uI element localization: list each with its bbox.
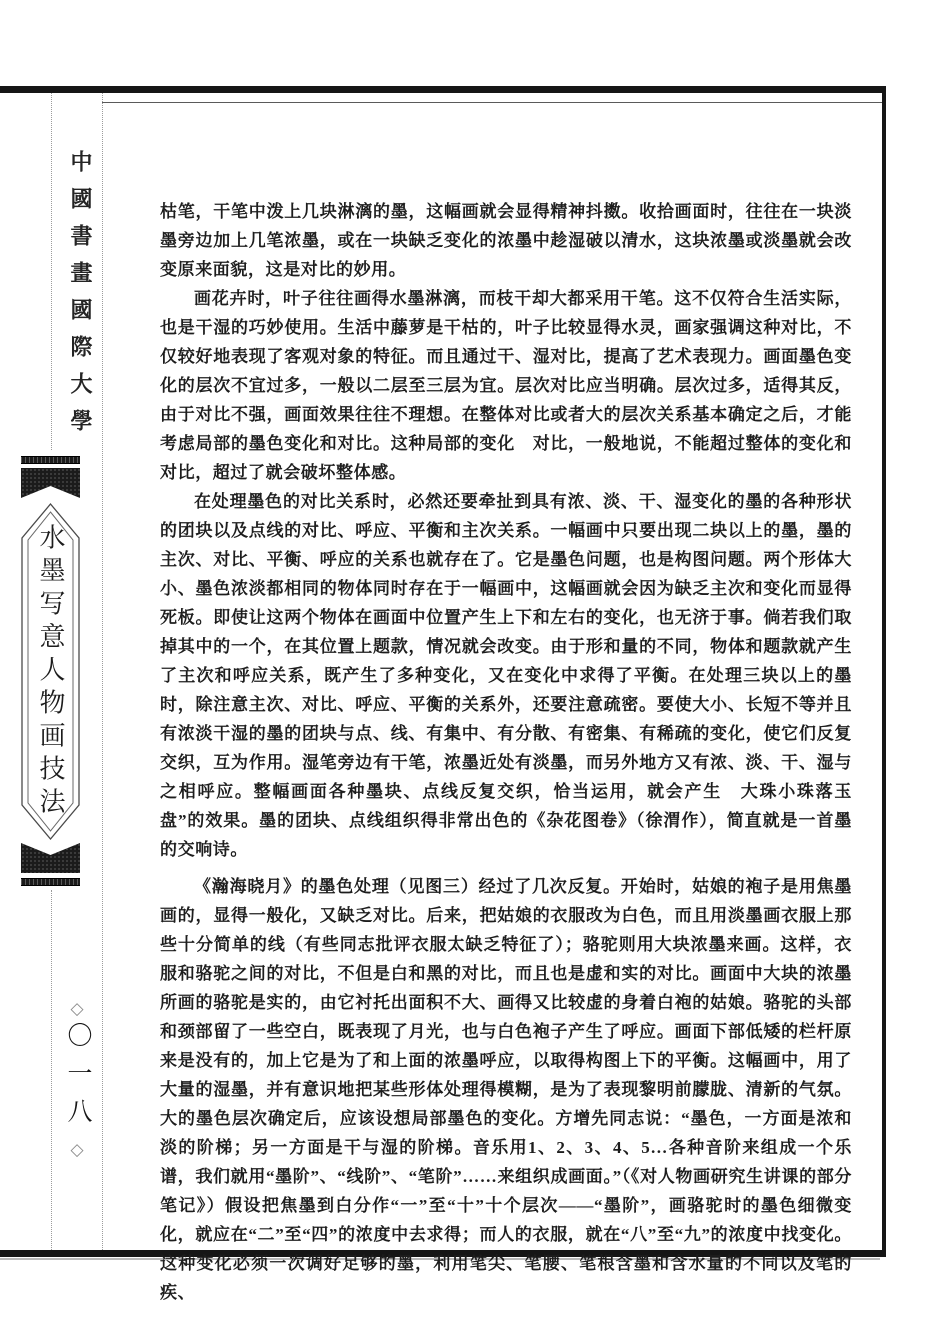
paragraph: 在处理墨色的对比关系时，必然还要牵扯到具有浓、淡、干、湿变化的墨的各种形状的团块…: [160, 487, 852, 864]
sidebar-divider-main: [102, 93, 103, 1250]
ribbon-stripe-bottom-icon: [21, 878, 80, 886]
ribbon-chevron-bottom-icon: [21, 843, 80, 873]
page-number: 〇一八: [59, 1022, 95, 1136]
frame-border-top: [0, 86, 886, 93]
page-number-block: ◇ 〇一八 ◇: [59, 1000, 95, 1158]
diamond-ornament-top-icon: ◇: [70, 1000, 83, 1017]
sidebar-divider-lower: [51, 890, 52, 1250]
scanned-book-page: 中國書畫國際大學 水墨写意人物画技法 ◇ 〇一八 ◇ 枯笔，干笔中泼上几块淋漓的…: [0, 0, 950, 1344]
series-title-banner: 水墨写意人物画技法: [21, 456, 80, 886]
frame-border-right: [882, 86, 886, 1257]
institution-name-vertical: 中國書畫國際大學: [65, 150, 96, 446]
paragraph-continuation: 枯笔，干笔中泼上几块淋漓的墨，这幅画就会显得精神抖擞。收拾画面时，往往在一块淡墨…: [160, 197, 852, 284]
content-top-rule: [102, 102, 882, 103]
series-title-lozenge: 水墨写意人物画技法: [21, 503, 80, 840]
main-text-column: 枯笔，干笔中泼上几块淋漓的墨，这幅画就会显得精神抖擞。收拾画面时，往往在一块淡墨…: [160, 197, 852, 1307]
diamond-ornament-bottom-icon: ◇: [70, 1141, 83, 1158]
sidebar-divider-upper: [51, 93, 52, 450]
series-title-text: 水墨写意人物画技法: [32, 523, 69, 820]
ribbon-stripe-top-icon: [21, 456, 80, 464]
paragraph: 《瀚海晓月》的墨色处理（见图三）经过了几次反复。开始时，姑娘的袍子是用焦墨画的，…: [160, 872, 852, 1307]
paragraph: 画花卉时，叶子往往画得水墨淋漓，而枝干却大都采用干笔。这不仅符合生活实际，也是干…: [160, 284, 852, 487]
ribbon-chevron-top-icon: [21, 468, 80, 498]
